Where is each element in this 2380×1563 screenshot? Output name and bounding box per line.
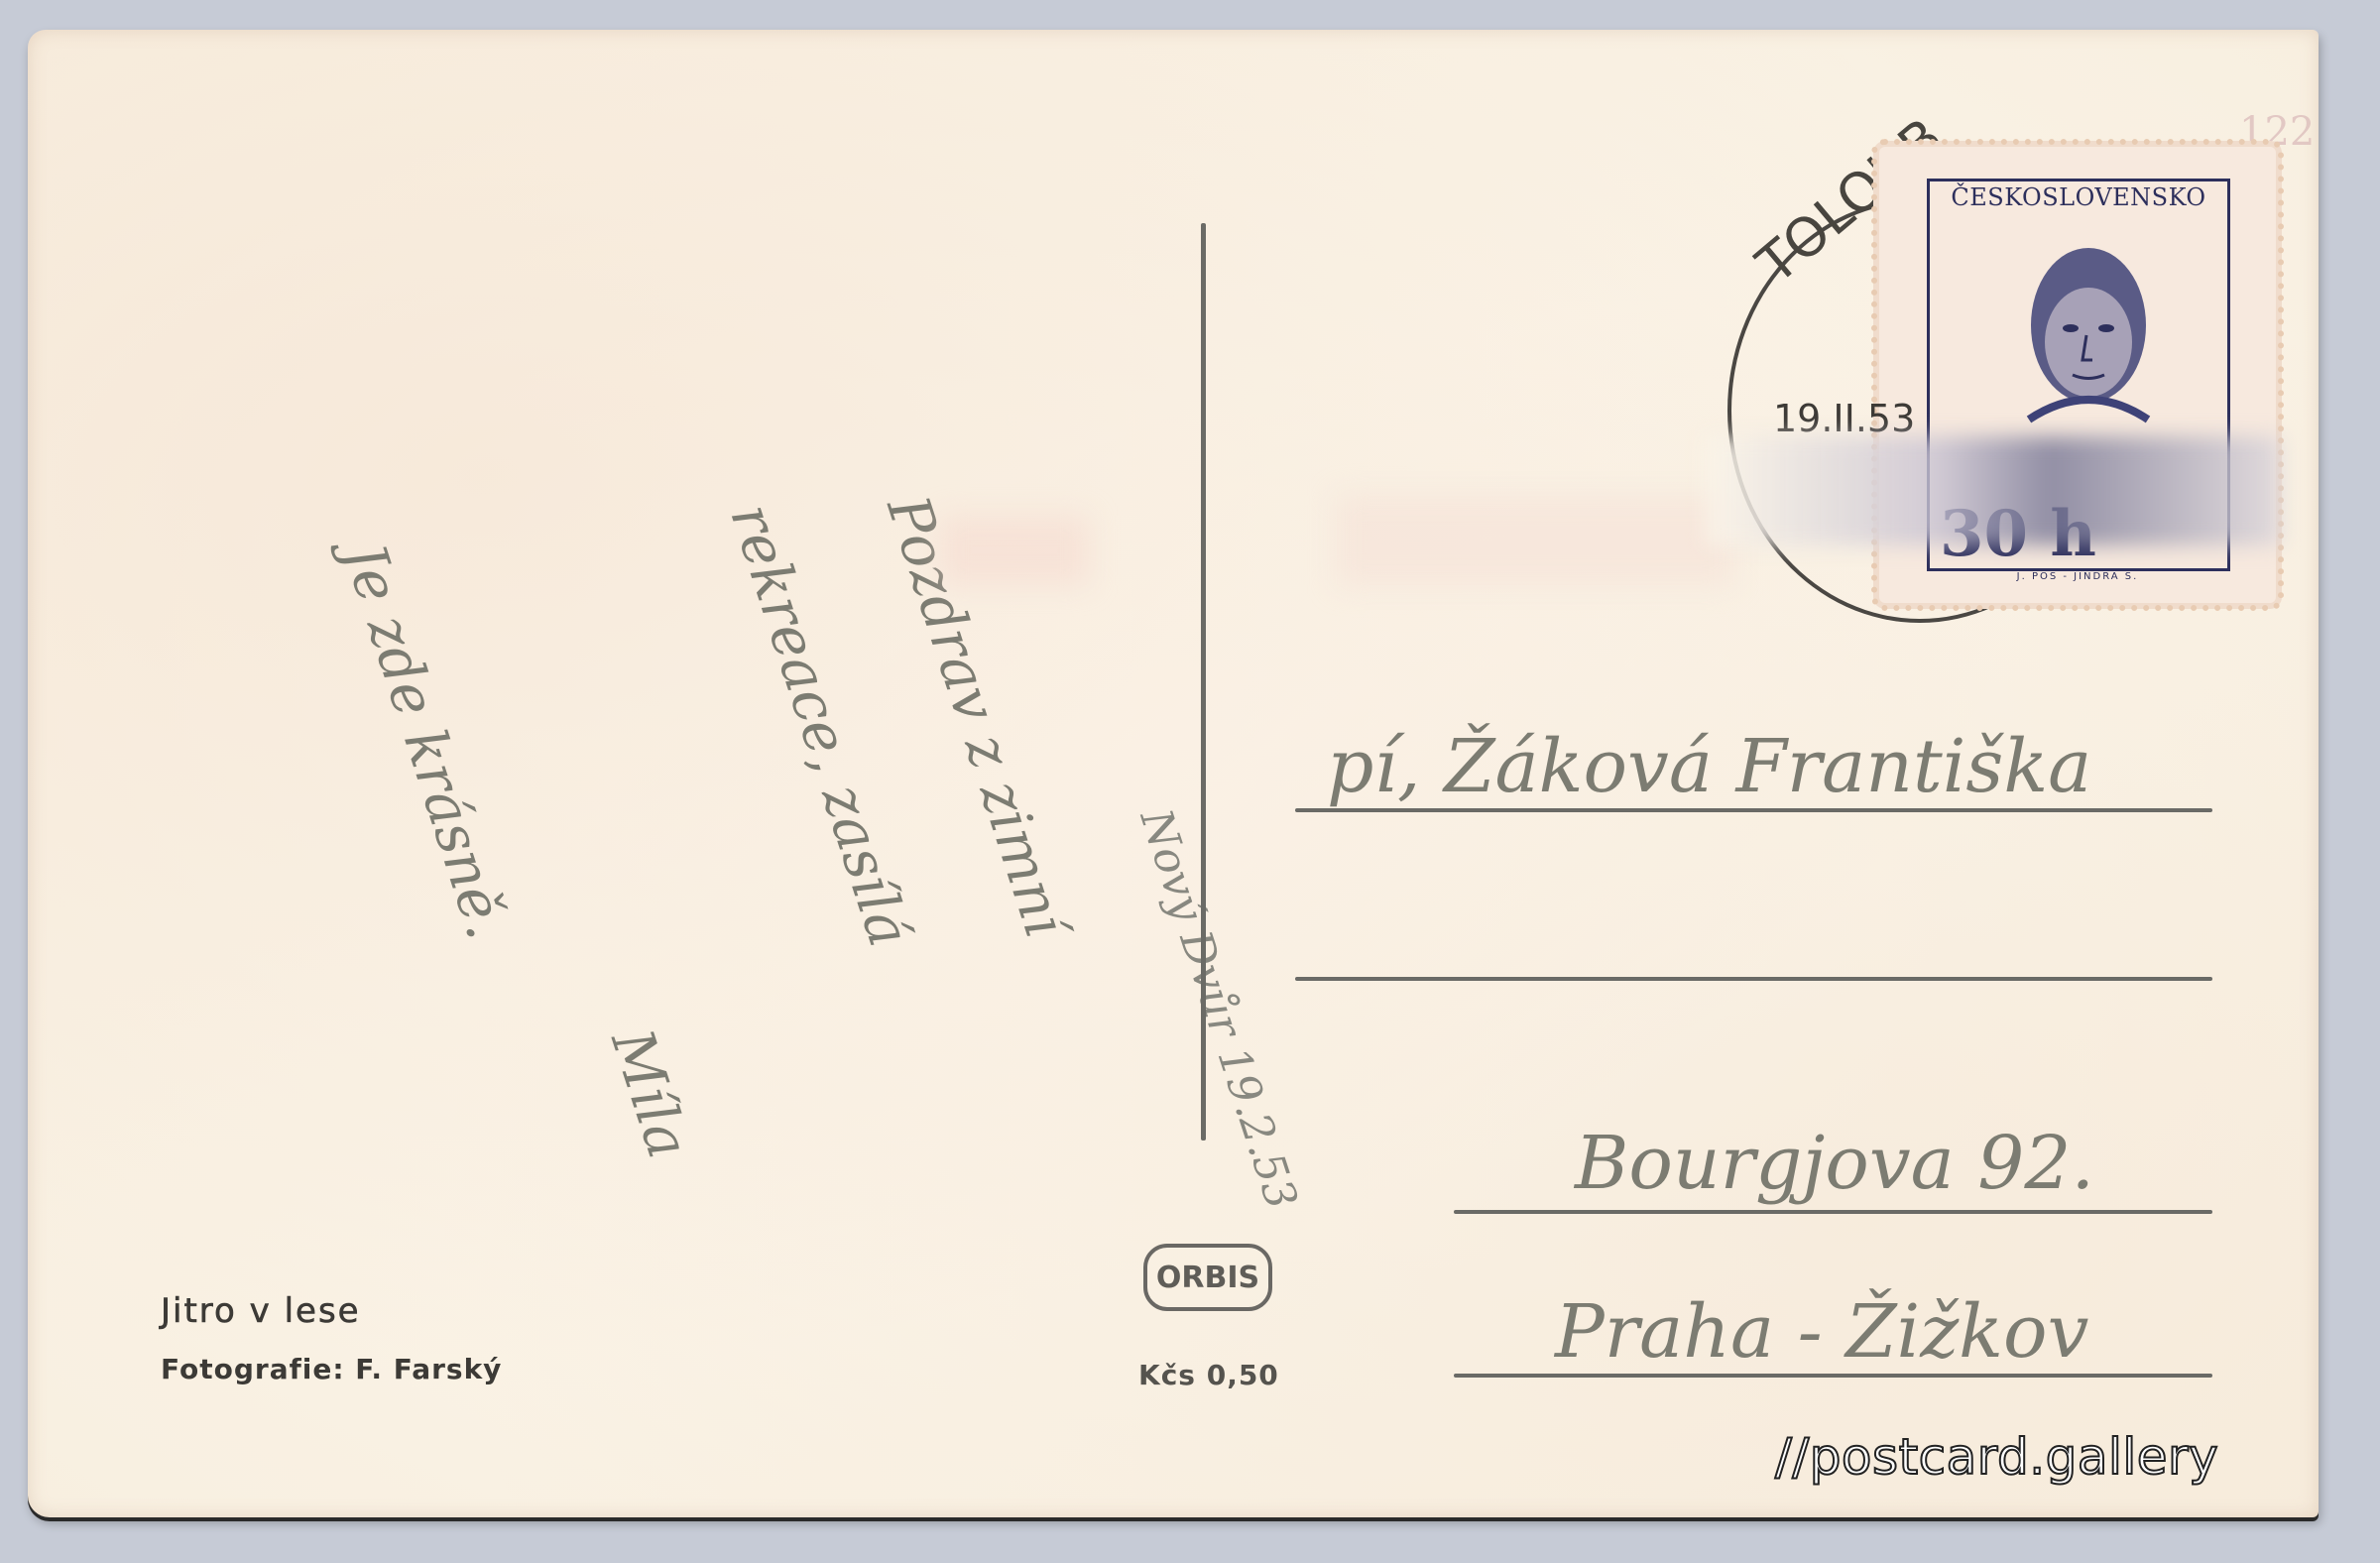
publisher-logo: ORBIS xyxy=(1143,1244,1272,1311)
sender-note: Nový Dvůr 19.2.53 xyxy=(1130,803,1306,1215)
portrait-icon xyxy=(1999,231,2168,429)
message-line-3: Míla xyxy=(598,1022,702,1166)
photographer-credit: Fotografie: F. Farský xyxy=(161,1353,502,1385)
price-label: Kčs 0,50 xyxy=(1138,1359,1279,1391)
redaction-blur xyxy=(1337,496,1733,585)
postmark-date: 19.II.53 xyxy=(1773,397,1915,440)
recipient-city: Praha - Žižkov xyxy=(1555,1289,2088,1375)
center-divider xyxy=(1201,223,1206,1141)
address-line-2 xyxy=(1295,977,2212,981)
recipient-name: pí, Žáková Františka xyxy=(1327,724,2091,809)
watermark: //postcard.gallery xyxy=(1775,1428,2218,1486)
redaction-blur xyxy=(1706,436,2281,545)
address-line-3 xyxy=(1454,1210,2212,1214)
message-line-4: Je zde krásně. xyxy=(330,536,522,947)
recipient-street: Bourgjova 92. xyxy=(1575,1121,2094,1206)
card-title: Jitro v lese xyxy=(161,1291,361,1331)
stamp-country: ČESKOSLOVENSKO xyxy=(1930,183,2227,211)
stamp-engraver: J. POS - JINDRA S. xyxy=(1879,571,2276,582)
redaction-blur xyxy=(940,516,1089,585)
